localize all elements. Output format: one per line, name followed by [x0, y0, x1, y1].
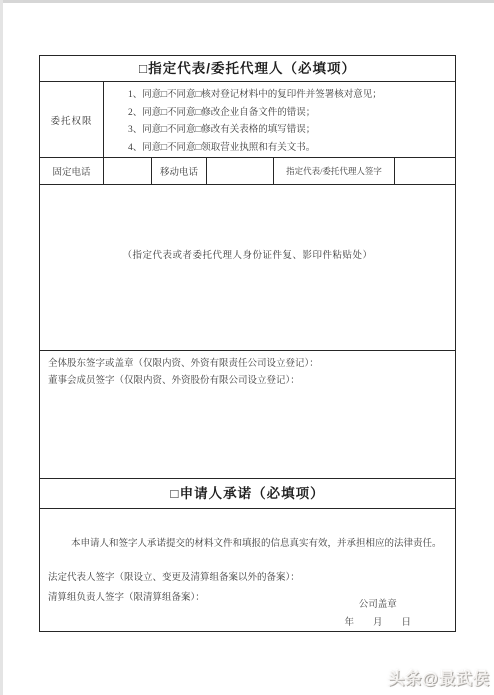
promise-area: 本申请人和签字人承诺提交的材料文件和填报的信息真实有效，并承担相应的法律责任。 … [40, 509, 455, 632]
authority-items-cell: 1、同意□不同意□核对登记材料中的复印件并签署核对意见； 2、同意□不同意□修改… [104, 82, 455, 157]
id-paste-area: （指定代表或者委托代理人身份证件复、影印件粘贴处） [40, 185, 455, 351]
authority-label: 委托权限 [40, 82, 104, 157]
authority-item-3: 3、同意□不同意□修改有关表格的填写错误； [128, 122, 449, 140]
agent-signature-value-cell [395, 158, 455, 184]
shareholder-signature-area: 全体股东签字或盖章（仅限内资、外资有限责任公司设立登记）： 董事会成员签字（仅限… [40, 351, 455, 479]
authority-item-1: 1、同意□不同意□核对登记材料中的复印件并签署核对意见； [128, 87, 449, 105]
toutiao-watermark: 头条@最武侯 [388, 666, 490, 689]
contact-row: 固定电话 移动电话 指定代表/委托代理人签字 [40, 158, 455, 185]
scanned-form-page: □指定代表/委托代理人（必填项） 委托权限 1、同意□不同意□核对登记材料中的复… [0, 0, 494, 695]
id-paste-note: （指定代表或者委托代理人身份证件复、影印件粘贴处） [40, 247, 455, 261]
registration-form-table: □指定代表/委托代理人（必填项） 委托权限 1、同意□不同意□核对登记材料中的复… [39, 55, 456, 632]
fixed-phone-value-cell [104, 158, 152, 184]
company-seal-block: 公司盖章 年 月 日 [344, 596, 411, 628]
authority-item-2: 2、同意□不同意□修改企业自备文件的错误； [128, 105, 449, 123]
fixed-phone-label: 固定电话 [40, 158, 104, 184]
board-members-signature-line: 董事会成员签字（仅限内资、外资股份有限公司设立登记）： [48, 373, 447, 390]
company-seal-label: 公司盖章 [344, 596, 411, 610]
agent-section-title: □指定代表/委托代理人（必填项） [40, 56, 455, 82]
date-line: 年 月 日 [344, 614, 411, 628]
mobile-phone-label: 移动电话 [152, 158, 207, 184]
legal-rep-signature-line: 法定代表人签字（限设立、变更及清算组备案以外的备案）： [48, 569, 300, 583]
shareholders-signature-line: 全体股东签字或盖章（仅限内资、外资有限责任公司设立登记）： [48, 356, 447, 373]
liquidation-leader-signature-line: 清算组负责人签字（限清算组备案）： [48, 589, 205, 603]
mobile-phone-value-cell [207, 158, 274, 184]
authority-item-4: 4、同意□不同意□领取营业执照和有关文书。 [128, 140, 449, 158]
promise-section-title: □申请人承诺（必填项） [40, 479, 455, 509]
scan-edge-left [0, 0, 3, 695]
agent-signature-label: 指定代表/委托代理人签字 [274, 158, 395, 184]
authority-row: 委托权限 1、同意□不同意□核对登记材料中的复印件并签署核对意见； 2、同意□不… [40, 82, 455, 158]
promise-statement: 本申请人和签字人承诺提交的材料文件和填报的信息真实有效，并承担相应的法律责任。 [52, 535, 445, 549]
scan-edge-top [0, 0, 494, 3]
